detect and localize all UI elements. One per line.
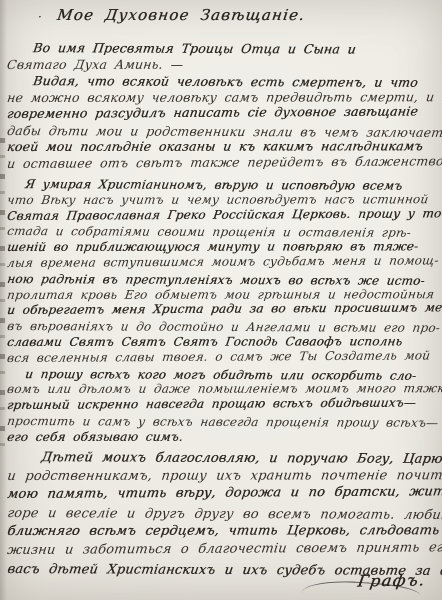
handwritten-line: говременно разсудилъ написать сіе духовн… <box>6 103 442 122</box>
handwritten-line: лыя времена вступившимся моимъ судьбамъ … <box>6 253 442 271</box>
document-title: Мое Духовное Завѣщаніе. <box>56 6 306 24</box>
manuscript-page: · Мое Духовное Завѣщаніе. Во имя Пресвят… <box>0 0 442 600</box>
confession-paragraph: Я умирая Христіаниномъ, вѣрую и исповѣду… <box>6 177 440 446</box>
handwritten-line: Святаго Духа Аминь. — <box>6 55 442 73</box>
handwritten-line: и обѣрегаетъ меня Христа ради за во вѣки… <box>6 301 442 319</box>
handwritten-line: и оставшее отъ свѣтъ также перейдетъ въ … <box>6 153 442 172</box>
signature: Графъ. <box>357 570 428 590</box>
blessing-paragraph: Дѣтей моихъ благословляю, и поручаю Богу… <box>6 449 440 579</box>
handwritten-line: его себя обязываю симъ. <box>6 429 442 446</box>
handwritten-line: жизни и заботиться о благочестіи своемъ … <box>6 539 442 560</box>
handwritten-line: мою память, чтить вѣру, дорожа и по брат… <box>6 484 442 505</box>
preamble-paragraph: Видая, что всякой человѣкъ есть смертенъ… <box>6 73 440 172</box>
invocation-paragraph: Во имя Пресвятыя Троицы Отца и Сына и Св… <box>6 39 440 73</box>
title-ink-dot: · <box>38 10 42 24</box>
handwritten-line: грѣшный искренно навсегда прощаю всѣхъ о… <box>6 396 442 414</box>
handwritten-line: Святая Православная Греко Россійская Цер… <box>6 206 442 224</box>
binding-speckles <box>0 138 5 448</box>
handwritten-line: вся вселенныя славы твоея. о самъ же Ты … <box>6 348 442 366</box>
